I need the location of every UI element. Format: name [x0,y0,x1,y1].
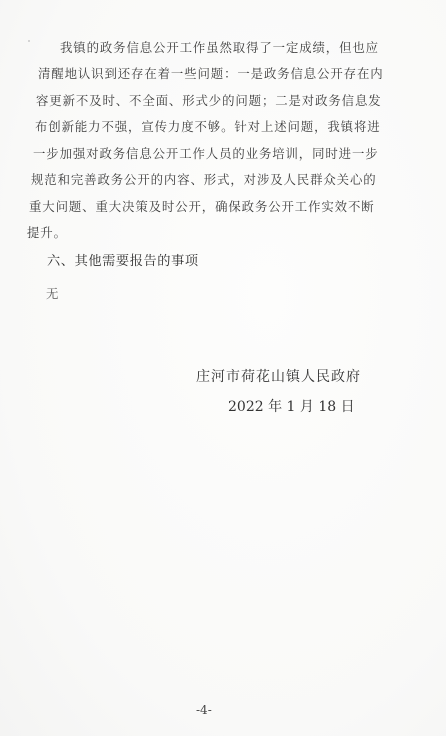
document-page: 我镇的政务信息公开工作虽然取得了一定成绩，但也应 清醒地认识到还存在着一些问题：… [0,0,446,736]
paragraph-line-2: 清醒地认识到还存在着一些问题：一是政务信息公开存在内 [38,66,384,82]
section-content: 无 [46,286,58,302]
signature-date: 2022 年 1 月 18 日 [228,398,355,416]
paragraph-line-6: 规范和完善政务公开的内容、形式，对涉及人民群众关心的 [31,172,377,188]
paragraph-line-4: 布创新能力不强，宣传力度不够。针对上述问题，我镇将进 [35,119,381,135]
paragraph-line-1: 我镇的政务信息公开工作虽然取得了一定成绩，但也应 [60,40,379,56]
paragraph-line-5: 一步加强对政务信息公开工作人员的业务培训，同时进一步 [33,146,379,162]
page-number: -4- [196,703,212,717]
paragraph-line-8: 提升。 [27,225,67,241]
paragraph-line-7: 重大问题、重大决策及时公开，确保政务公开工作实效不断 [29,199,375,215]
scan-speck [28,40,30,42]
paragraph-line-3: 容更新不及时、不全面、形式少的问题；二是对政务信息发 [36,93,382,109]
section-heading: 六、其他需要报告的事项 [47,254,199,270]
signature-organization: 庄河市荷花山镇人民政府 [196,368,361,386]
